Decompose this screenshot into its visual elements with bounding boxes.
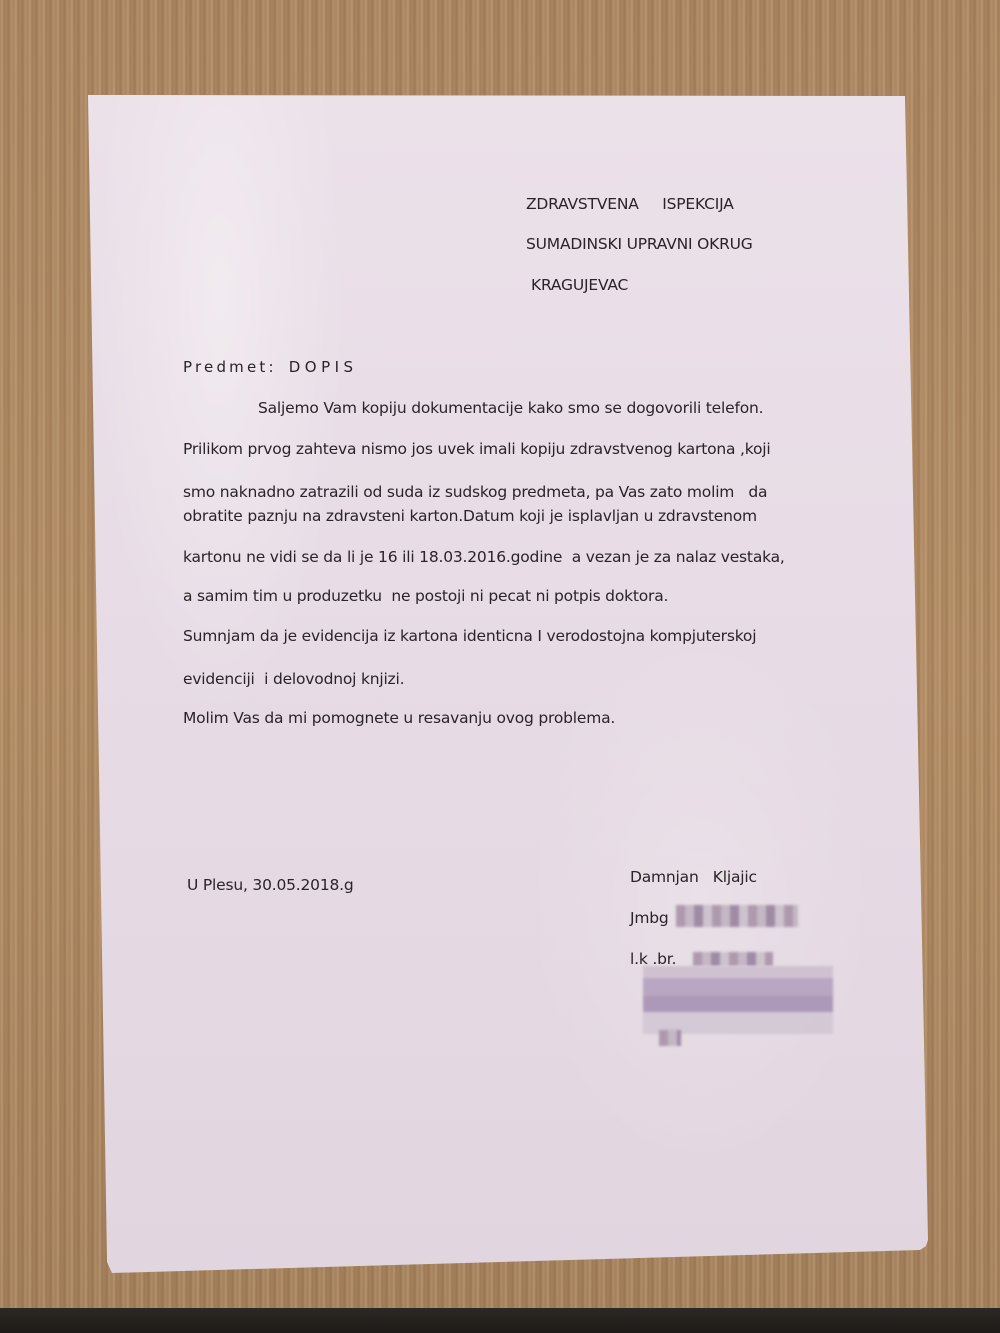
body-line: Sumnjam da je evidencija iz kartona iden…: [183, 627, 756, 645]
body-line: Molim Vas da mi pomognete u resavanju ov…: [183, 709, 615, 727]
body-line: smo naknadno zatrazili od suda iz sudsko…: [183, 483, 767, 501]
subject-value: DOPIS: [289, 358, 358, 376]
subject-label: Predmet:: [183, 358, 277, 376]
body-line: obratite paznju na zdravsteni karton.Dat…: [183, 507, 757, 525]
recipient-line-1: ZDRAVSTVENA ISPEKCIJA: [526, 195, 734, 213]
body-line: Prilikom prvog zahteva nismo jos uvek im…: [183, 440, 770, 458]
redacted-id-card-number: [693, 952, 773, 966]
body-line: evidenciji i delovodnoj knjizi.: [183, 670, 404, 688]
signature-name: Damnjan Kljajic: [630, 868, 757, 886]
redacted-address-tail: [659, 1030, 681, 1046]
redacted-jmbg: [676, 905, 798, 927]
place-and-date: U Plesu, 30.05.2018.g: [187, 876, 354, 894]
letter: ZDRAVSTVENA ISPEKCIJA SUMADINSKI UPRAVNI…: [0, 0, 1000, 1333]
subject-line: Predmet: DOPIS: [183, 358, 358, 376]
signature-jmbg-label: Jmbg: [630, 909, 669, 927]
redacted-address: [643, 966, 833, 1034]
body-line: kartonu ne vidi se da li je 16 ili 18.03…: [183, 548, 785, 566]
recipient-line-2: SUMADINSKI UPRAVNI OKRUG: [526, 235, 753, 253]
body-line: a samim tim u produzetku ne postoji ni p…: [183, 587, 668, 605]
body-line: Saljemo Vam kopiju dokumentacije kako sm…: [258, 399, 763, 417]
recipient-line-3: KRAGUJEVAC: [531, 276, 628, 294]
